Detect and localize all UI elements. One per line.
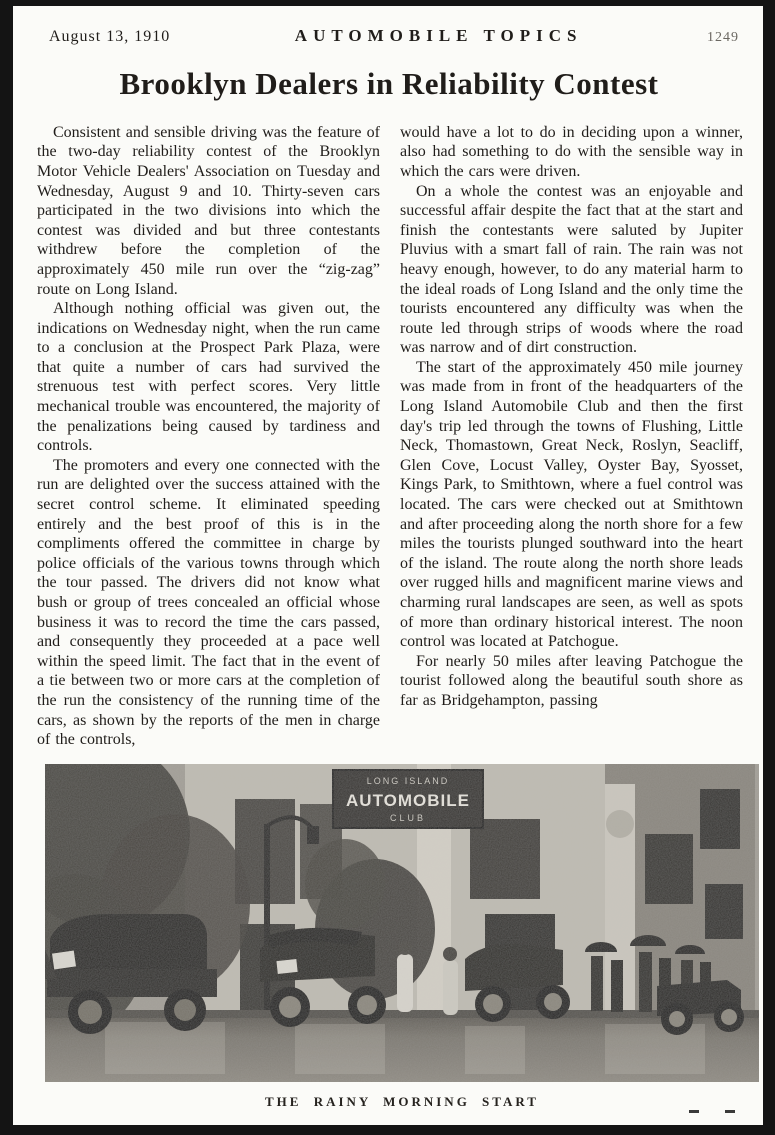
paragraph: For nearly 50 miles after leaving Patcho… <box>400 652 743 711</box>
photo-rainy-morning-start: LONG ISLAND AUTOMOBILE CLUB <box>45 764 759 1082</box>
page-header: August 13, 1910 AUTOMOBILE TOPICS 1249 <box>25 6 753 46</box>
masthead-title: AUTOMOBILE TOPICS <box>295 26 583 46</box>
article-headline: Brooklyn Dealers in Reliability Contest <box>25 66 753 102</box>
photo-figure: LONG ISLAND AUTOMOBILE CLUB <box>45 764 759 1110</box>
paragraph: Consistent and sensible driving was the … <box>37 123 380 299</box>
left-column: Consistent and sensible driving was the … <box>37 123 380 750</box>
paragraph: The promoters and every one connected wi… <box>37 456 380 750</box>
sign-line-1: LONG ISLAND <box>367 776 450 786</box>
paragraph-continuation: would have a lot to do in deciding upon … <box>400 123 743 182</box>
paragraph: The start of the approximately 450 mile … <box>400 358 743 652</box>
photo-illustration: LONG ISLAND AUTOMOBILE CLUB <box>45 764 759 1082</box>
sign-line-3: CLUB <box>390 813 426 823</box>
right-column: would have a lot to do in deciding upon … <box>400 123 743 750</box>
club-sign: LONG ISLAND AUTOMOBILE CLUB <box>333 770 483 828</box>
article-body: Consistent and sensible driving was the … <box>25 123 753 750</box>
magazine-page: August 13, 1910 AUTOMOBILE TOPICS 1249 B… <box>13 6 763 1125</box>
photo-caption: THE RAINY MORNING START <box>45 1094 759 1110</box>
sign-line-2: AUTOMOBILE <box>346 791 470 810</box>
page-number: 1249 <box>707 30 739 46</box>
issue-date: August 13, 1910 <box>49 28 170 46</box>
paragraph: On a whole the contest was an enjoyable … <box>400 182 743 358</box>
paragraph: Although nothing official was given out,… <box>37 299 380 456</box>
scan-artifact <box>689 1110 735 1113</box>
